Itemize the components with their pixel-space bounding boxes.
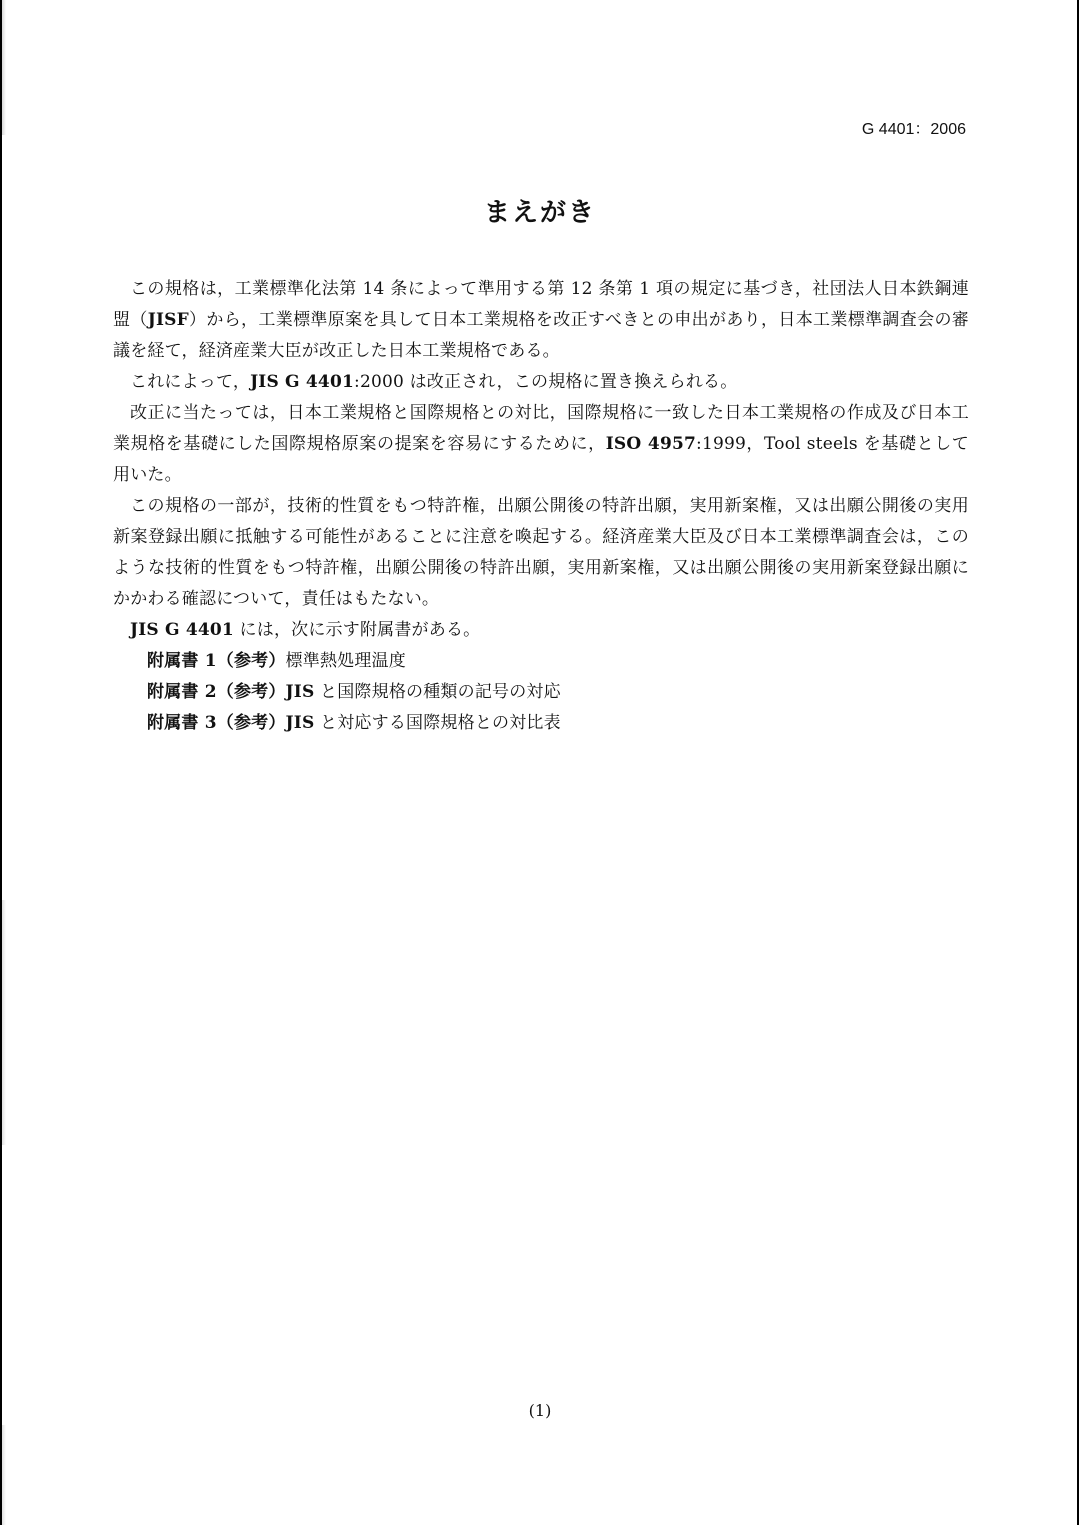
annex-item: 附属書 2（参考）JIS と国際規格の種類の記号の対応	[113, 677, 969, 708]
annex-prefix: JIS	[286, 682, 315, 702]
scan-shadow	[2, 0, 6, 135]
annex-label: 附属書 1（参考）	[147, 651, 286, 671]
annex-title: と国際規格の種類の記号の対応	[314, 682, 560, 702]
paragraph-iso-basis: 改正に当たっては，日本工業規格と国際規格との対比，国際規格に一致した日本工業規格…	[113, 398, 969, 491]
paragraph-enactment: この規格は，工業標準化法第 14 条によって準用する第 12 条第 1 項の規定…	[113, 274, 969, 367]
annex-item: 附属書 3（参考）JIS と対応する国際規格との対比表	[113, 708, 969, 739]
annex-label: 附属書 2（参考）	[147, 682, 286, 702]
standard-code-header: G 4401：2006	[862, 116, 966, 139]
annex-item: 附属書 1（参考）標準熱処理温度	[113, 646, 969, 677]
annex-title: 標準熱処理温度	[286, 651, 406, 671]
paragraph-annex-intro: JIS G 4401 には，次に示す附属書がある。	[113, 615, 969, 646]
org-abbreviation: JISF	[148, 310, 189, 330]
document-page: G 4401：2006 まえがき この規格は，工業標準化法第 14 条によって準…	[0, 0, 1080, 1525]
annex-list: 附属書 1（参考）標準熱処理温度 附属書 2（参考）JIS と国際規格の種類の記…	[113, 646, 969, 739]
page-number: (1)	[0, 1401, 1080, 1420]
scan-shadow	[2, 1425, 6, 1525]
standard-reference: JIS G 4401	[130, 620, 234, 640]
annex-label: 附属書 3（参考）	[147, 713, 286, 733]
paragraph-patent-notice: この規格の一部が，技術的性質をもつ特許権，出願公開後の特許出願，実用新案権，又は…	[113, 491, 969, 615]
paragraph-replacement: これによって，JIS G 4401:2000 は改正され，この規格に置き換えられ…	[113, 367, 969, 398]
iso-reference: ISO 4957	[606, 434, 696, 454]
scan-shadow	[2, 900, 6, 1145]
text-segment: これによって，	[130, 372, 250, 392]
standard-reference: JIS G 4401	[250, 372, 354, 392]
foreword-body: この規格は，工業標準化法第 14 条によって準用する第 12 条第 1 項の規定…	[113, 274, 969, 739]
page-title: まえがき	[0, 192, 1080, 229]
annex-title: と対応する国際規格との対比表	[314, 713, 560, 733]
text-segment: ）から，工業標準原案を具して日本工業規格を改正すべきとの申出があり，日本工業標準…	[113, 310, 969, 361]
text-segment: には，次に示す附属書がある。	[234, 620, 480, 640]
annex-prefix: JIS	[286, 713, 315, 733]
text-segment: この規格の一部が，技術的性質をもつ特許権，出願公開後の特許出願，実用新案権，又は…	[113, 496, 969, 609]
text-segment: :2000 は改正され，この規格に置き換えられる。	[354, 372, 737, 392]
